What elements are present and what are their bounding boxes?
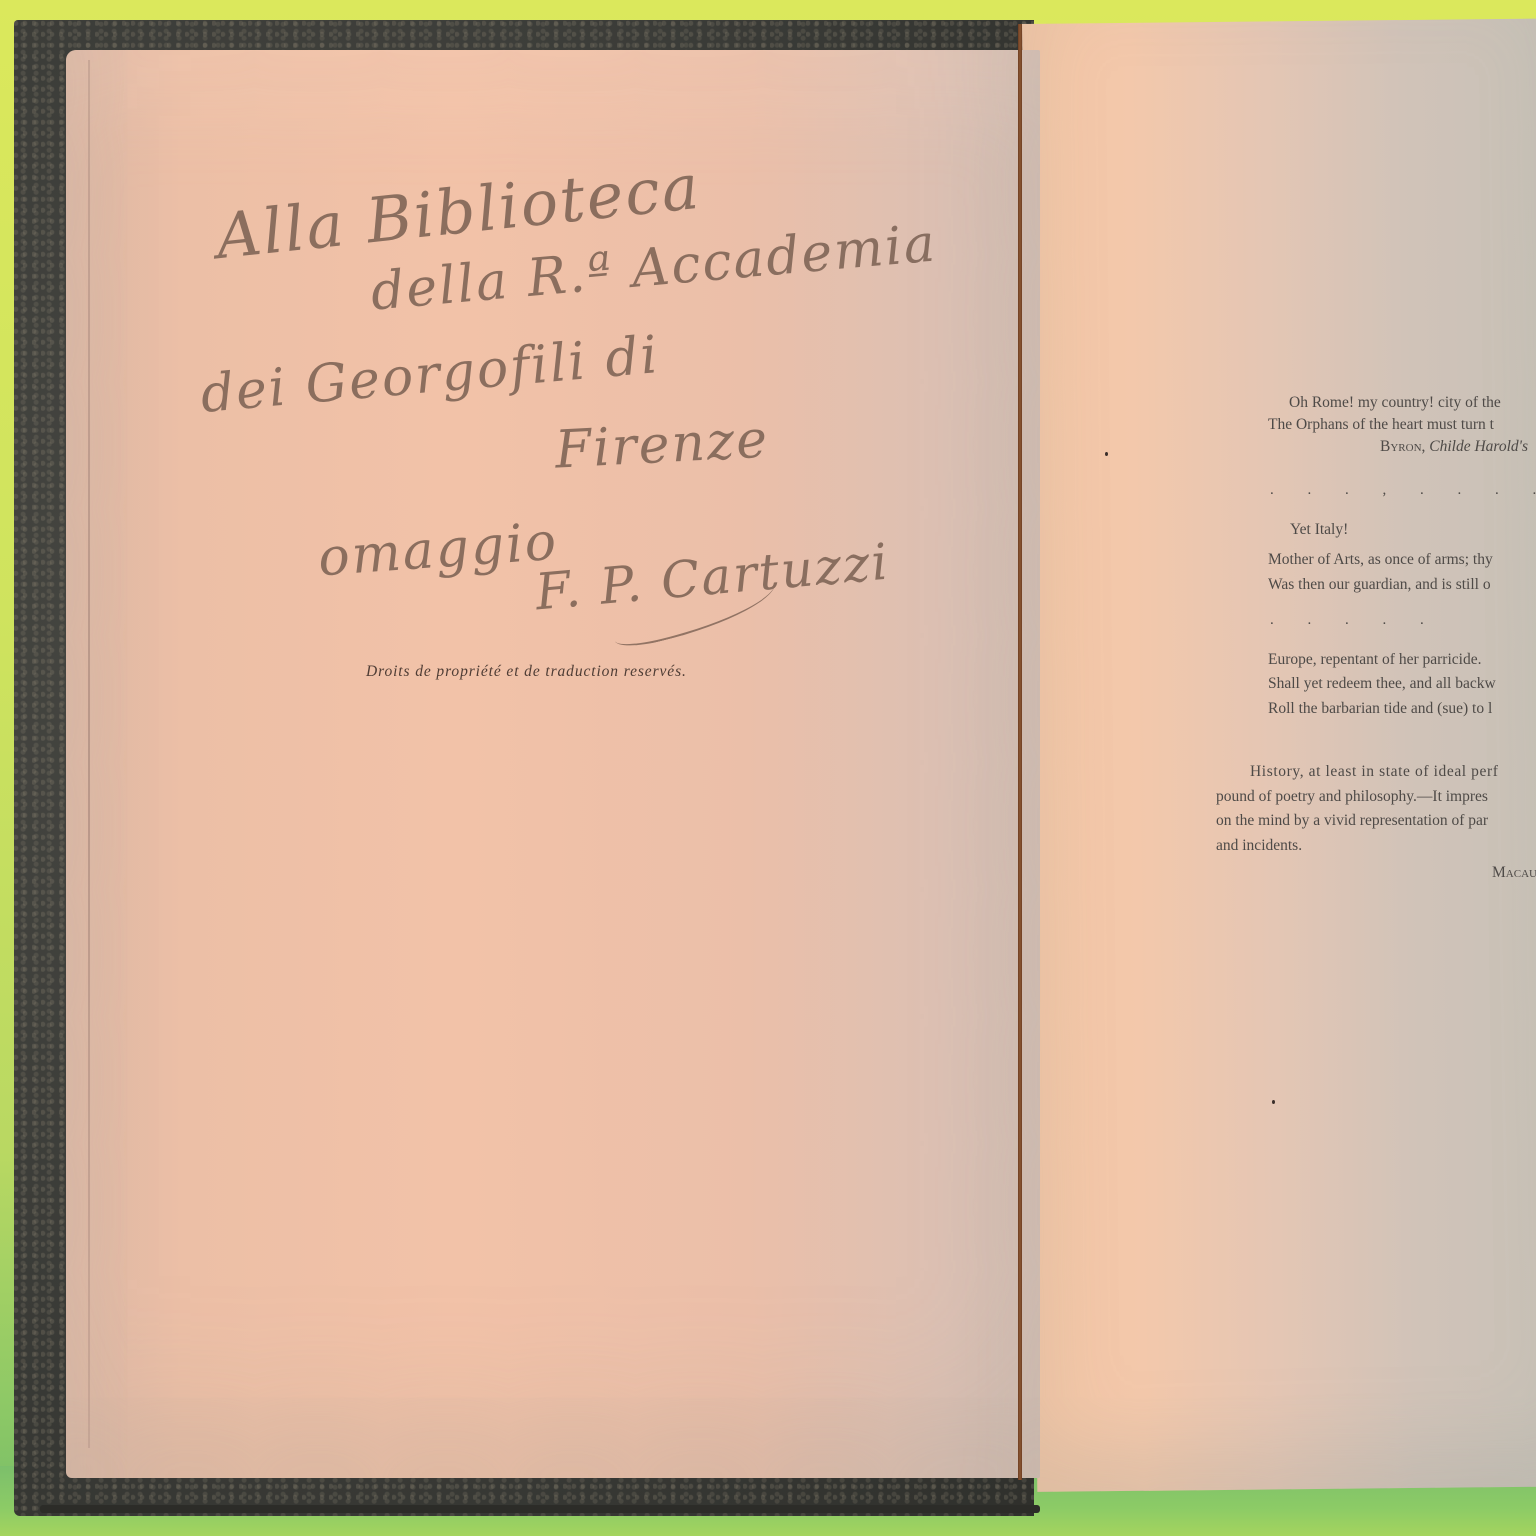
epigraph2-line1: Yet Italy!: [1290, 519, 1348, 541]
epigraph4-line1: History, at least in state of ideal perf: [1250, 761, 1499, 783]
epigraph1-line1: Oh Rome! my country! city of the: [1289, 392, 1501, 414]
epigraph1-attribution: Byron, Childe Harold's: [1380, 436, 1528, 458]
epigraph4-attribution: Macau: [1492, 862, 1536, 884]
epigraph2-line2: Mother of Arts, as once of arms; thy: [1268, 549, 1493, 571]
epigraph2-line3: Was then our guardian, and is still o: [1268, 574, 1491, 596]
paper-speck: [1272, 1100, 1275, 1104]
attribution-author: Byron,: [1380, 438, 1425, 455]
inscription-line-4: Firenze: [554, 409, 771, 480]
cover-torn-edge: [40, 1505, 1040, 1513]
ellipsis-divider-1: . . . , . . . . . . . ,: [1270, 482, 1536, 499]
epigraph3-line3: Roll the barbarian tide and (sue) to l: [1268, 698, 1492, 720]
epigraph3-line2: Shall yet redeem thee, and all backw: [1268, 673, 1496, 695]
ellipsis-divider-2: . . . . .: [1270, 612, 1439, 629]
epigraph3-line1: Europe, repentant of her parricide.: [1268, 649, 1481, 671]
epigraph4-line3: on the mind by a vivid representation of…: [1216, 810, 1488, 832]
paper-speck: [1105, 452, 1108, 456]
epigraph4-line2: pound of poetry and philosophy.—It impre…: [1216, 786, 1488, 808]
book-gutter: [1018, 24, 1022, 1480]
rights-notice: Droits de propriété et de traduction res…: [366, 663, 687, 681]
attribution-work: Childe Harold's: [1429, 438, 1528, 455]
right-page: [1022, 18, 1536, 1492]
page-fold-line: [88, 60, 90, 1448]
epigraph4-line4: and incidents.: [1216, 835, 1302, 857]
epigraph1-line2: The Orphans of the heart must turn t: [1268, 414, 1494, 436]
